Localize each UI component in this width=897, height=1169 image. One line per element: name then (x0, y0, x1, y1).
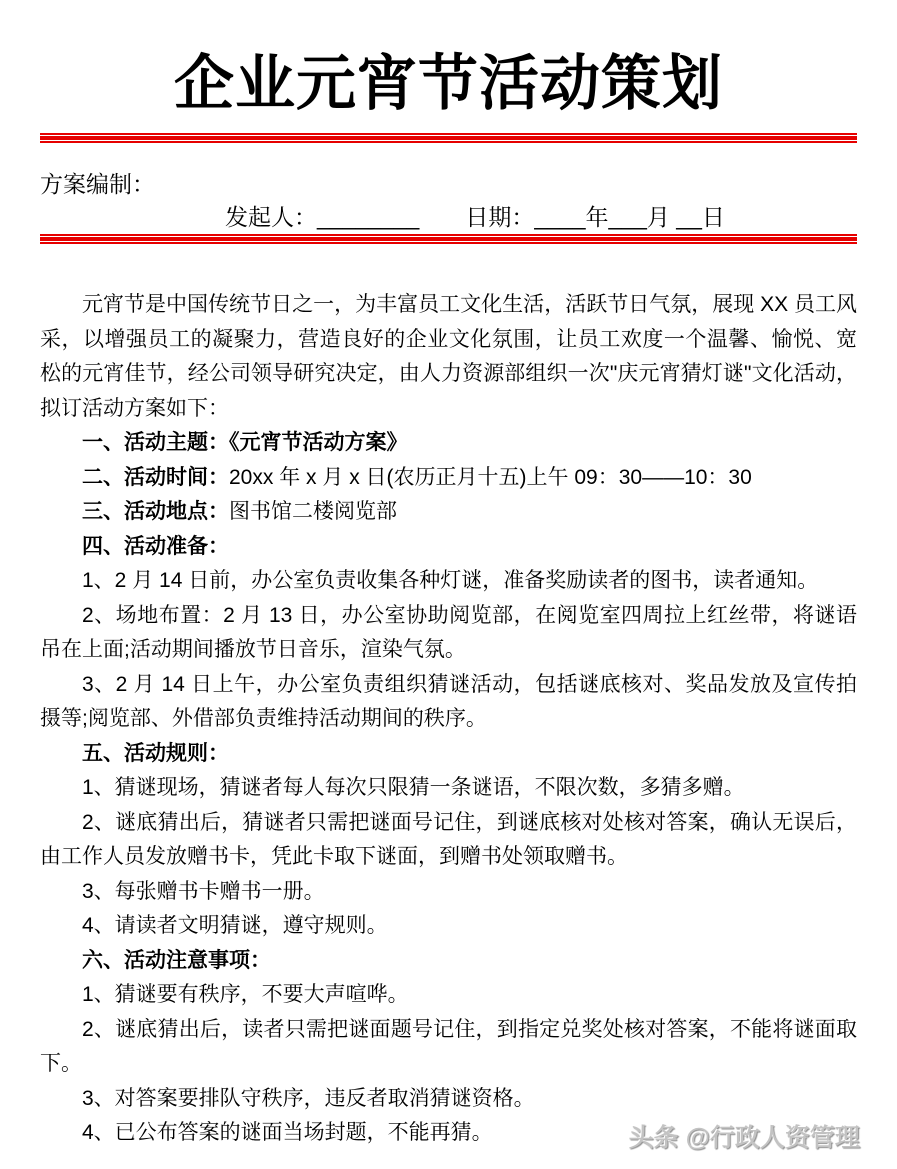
initiator-label: 发起人： (225, 204, 317, 230)
notes-item: 2、谜底猜出后，读者只需把谜面题号记住，到指定兑奖处核对答案，不能将谜面取下。 (40, 1013, 857, 1082)
initiator-blank-field: ________ (317, 204, 419, 230)
section-time-content: 20xx 年 x 月 x 日(农历正月十五)上午 09：30——10：30 (229, 466, 752, 489)
rules-item: 2、谜底猜出后，猜谜者只需把谜面号记住，到谜底核对处核对答案，确认无误后，由工作… (40, 806, 857, 875)
plan-compiler-label: 方案编制： (40, 171, 155, 197)
section-location-content: 图书馆二楼阅览部 (229, 500, 397, 523)
notes-item: 1、猜谜要有秩序，不要大声喧哗。 (40, 978, 857, 1013)
rules-item: 4、请读者文明猜谜，遵守规则。 (40, 909, 857, 944)
plan-compiler-line: 方案编制： (40, 169, 857, 199)
red-divider-bottom (40, 234, 857, 244)
section-location: 三、活动地点：图书馆二楼阅览部 (40, 495, 857, 530)
document-body: 元宵节是中国传统节日之一，为丰富员工文化生活，活跃节日气氛，展现 XX 员工风采… (40, 288, 857, 1151)
notes-item: 3、对答案要排队守秩序，违反者取消猜谜资格。 (40, 1082, 857, 1117)
intro-paragraph: 元宵节是中国传统节日之一，为丰富员工文化生活，活跃节日气氛，展现 XX 员工风采… (40, 288, 857, 426)
section-rules-heading: 五、活动规则： (40, 737, 857, 772)
section-theme: 一、活动主题：《元宵节活动方案》 (40, 426, 857, 461)
initiator-date-line: 发起人：________日期：____年___月 __日 (40, 202, 857, 232)
section-preparation-heading: 四、活动准备： (40, 530, 857, 565)
date-label: 日期： (465, 204, 534, 230)
date-blank-field: ____年___月 __日 (534, 204, 725, 230)
document-page: 企业元宵节活动策划 方案编制： 发起人：________日期：____年___月… (0, 0, 897, 1169)
watermark: 头条 @行政人资管理 (629, 1118, 860, 1154)
red-divider-top (40, 133, 857, 143)
page-title: 企业元宵节活动策划 (40, 0, 857, 124)
rules-item: 1、猜谜现场，猜谜者每人每次只限猜一条谜语，不限次数，多猜多赠。 (40, 771, 857, 806)
rules-item: 3、每张赠书卡赠书一册。 (40, 875, 857, 910)
preparation-item: 1、2 月 14 日前，办公室负责收集各种灯谜，准备奖励读者的图书，读者通知。 (40, 564, 857, 599)
section-time-label: 二、活动时间： (82, 466, 229, 489)
section-notes-heading: 六、活动注意事项： (40, 944, 857, 979)
section-time: 二、活动时间：20xx 年 x 月 x 日(农历正月十五)上午 09：30——1… (40, 461, 857, 496)
section-notes-label: 六、活动注意事项： (82, 949, 271, 972)
preparation-item: 3、2 月 14 日上午，办公室负责组织猜谜活动，包括谜底核对、奖品发放及宣传拍… (40, 668, 857, 737)
section-theme-content: 《元宵节活动方案》 (229, 431, 408, 454)
section-preparation-label: 四、活动准备： (82, 535, 229, 558)
section-rules-label: 五、活动规则： (82, 742, 229, 765)
section-location-label: 三、活动地点： (82, 500, 229, 523)
preparation-item: 2、场地布置：2 月 13 日，办公室协助阅览部，在阅览室四周拉上红丝带，将谜语… (40, 599, 857, 668)
section-theme-label: 一、活动主题： (82, 431, 229, 454)
